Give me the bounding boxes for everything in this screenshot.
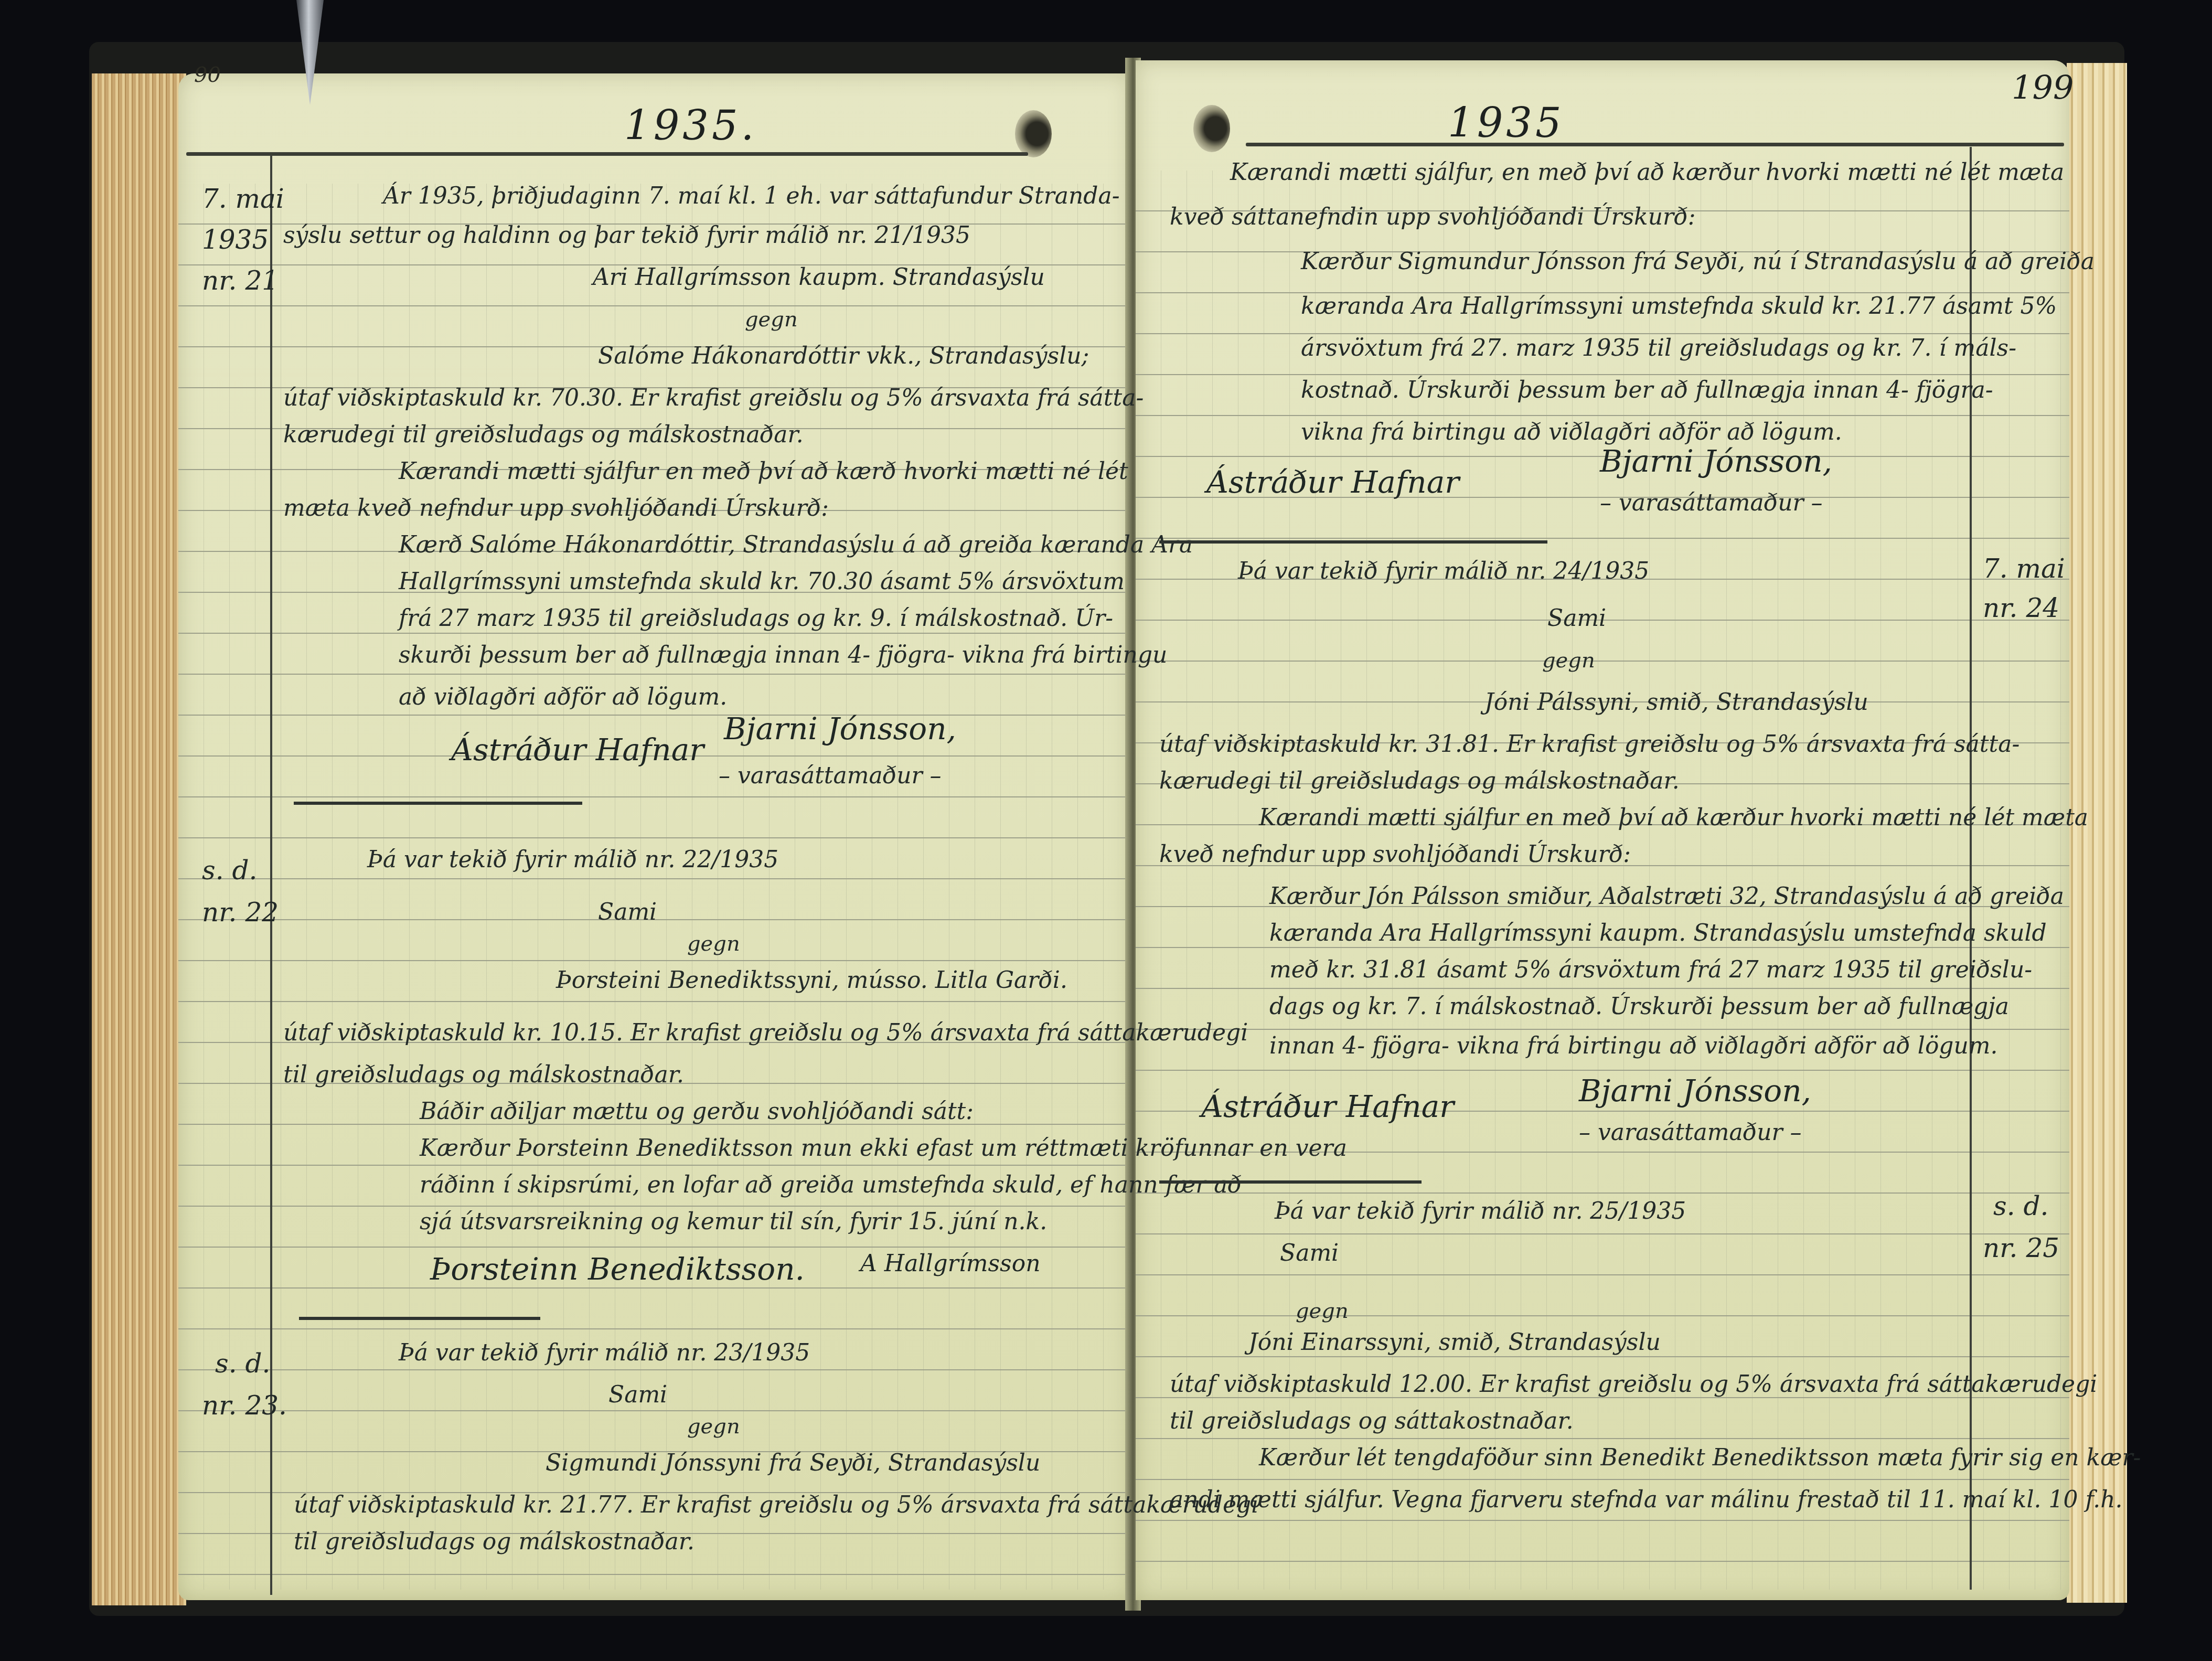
text-line: Báðir aðiljar mættu og gerðu svohljóðand… xyxy=(420,1091,974,1132)
text-line: Kærður lét tengdaföður sinn Benedikt Ben… xyxy=(1259,1438,2141,1478)
signature: Ástráður Hafnar xyxy=(1201,1086,1454,1127)
text-line: kveð sáttanefndin upp svohljóðandi Úrsku… xyxy=(1170,197,1695,238)
plaintiff: Ari Hallgrímsson kaupm. Strandasýslu xyxy=(593,257,1045,298)
separator-rule xyxy=(1159,1180,1422,1184)
text-line: að viðlagðri aðför að lögum. xyxy=(399,677,727,718)
gegn-label: gegn xyxy=(745,299,798,340)
text-line: kæranda Ara Hallgrímssyni kaupm. Stranda… xyxy=(1269,913,2047,954)
text-line: Kærður Þorsteinn Benediktsson mun ekki e… xyxy=(420,1128,1347,1169)
header-rule xyxy=(186,152,1028,156)
signature: Ástráður Hafnar xyxy=(1206,462,1459,503)
text-line: útaf viðskiptaskuld kr. 21.77. Er krafis… xyxy=(294,1485,1258,1526)
text-line: Ár 1935, þriðjudaginn 7. maí kl. 1 eh. v… xyxy=(383,176,1120,217)
text-line: frá 27 marz 1935 til greiðsludags og kr.… xyxy=(399,598,1113,639)
text-line: kveð nefndur upp svohljóðandi Úrskurð: xyxy=(1159,834,1631,875)
separator-rule xyxy=(299,1317,540,1320)
signature: Ástráður Hafnar xyxy=(451,729,704,770)
margin-year: 1935 xyxy=(202,219,269,260)
text-line: dags og kr. 7. í málskostnað. Úrskurði þ… xyxy=(1269,986,2009,1027)
margin-date: 7. mai xyxy=(202,178,284,219)
text-line: Kærð Salóme Hákonardóttir, Strandasýslu … xyxy=(399,525,1193,566)
text-line: kærudegi til greiðsludags og málskostnað… xyxy=(283,414,804,455)
defendant: Þorsteini Benediktssyni, músso. Litla Ga… xyxy=(556,960,1067,1001)
text-line: útaf viðskiptaskuld 12.00. Er krafist gr… xyxy=(1170,1364,2097,1405)
margin-case-number: nr. 22 xyxy=(202,892,279,933)
margin-date: s. d. xyxy=(1993,1186,2048,1227)
text-line: innan 4- fjögra- vikna frá birtingu að v… xyxy=(1269,1026,1998,1067)
plaintiff: Sami xyxy=(598,892,657,933)
text-line: sjá útsvarsreikning og kemur til sín, fy… xyxy=(420,1201,1047,1242)
margin-case-number: nr. 21 xyxy=(202,260,279,301)
signature: A Hallgrímsson xyxy=(860,1243,1041,1284)
text-line: útaf viðskiptaskuld kr. 31.81. Er krafis… xyxy=(1159,724,2019,765)
separator-rule xyxy=(294,802,582,805)
entry-heading: Þá var tekið fyrir málið nr. 24/1935 xyxy=(1238,551,1649,592)
punch-hole xyxy=(1015,110,1052,157)
defendant: Sigmundi Jónssyni frá Seyði, Strandasýsl… xyxy=(546,1443,1040,1484)
margin-date: s. d. xyxy=(215,1343,270,1384)
punch-hole xyxy=(1193,105,1230,152)
signature: Bjarni Jónsson, xyxy=(1600,441,1832,482)
entry-heading: Þá var tekið fyrir málið nr. 22/1935 xyxy=(367,839,778,880)
text-line: til greiðsludags og málskostnaðar. xyxy=(283,1055,684,1095)
text-line: skurði þessum ber að fullnægja innan 4- … xyxy=(399,635,1167,676)
text-line: ráðinn í skipsrúmi, en lofar að greiða u… xyxy=(420,1165,1242,1206)
margin-date: s. d. xyxy=(202,850,257,891)
text-line: Hallgrímssyni umstefnda skuld kr. 70.30 … xyxy=(399,561,1125,602)
text-line: kærudegi til greiðsludags og málskostnað… xyxy=(1159,761,1680,802)
text-line: Kærandi mætti sjálfur en með því að kærð… xyxy=(399,451,1128,492)
plaintiff: Sami xyxy=(1280,1233,1339,1274)
defendant: Jóni Einarssyni, smið, Strandasýslu xyxy=(1248,1322,1661,1363)
defendant: Salóme Hákonardóttir vkk., Strandasýslu; xyxy=(598,336,1089,377)
text-line: andi mætti sjálfur. Vegna fjarveru stefn… xyxy=(1170,1479,2123,1520)
text-line: útaf viðskiptaskuld kr. 10.15. Er krafis… xyxy=(283,1013,1248,1053)
entry-heading: Þá var tekið fyrir málið nr. 23/1935 xyxy=(399,1333,810,1373)
text-line: Kærandi mætti sjálfur, en með því að kær… xyxy=(1230,152,2064,193)
year-header-right: 1935 xyxy=(1448,100,1565,147)
signature-title: – varasáttamaður – xyxy=(1600,483,1823,524)
text-line: ársvöxtum frá 27. marz 1935 til greiðslu… xyxy=(1301,328,2016,369)
signature: Bjarni Jónsson, xyxy=(724,708,956,749)
text-line: útaf viðskiptaskuld kr. 70.30. Er krafis… xyxy=(283,378,1144,419)
text-line: sýslu settur og haldinn og þar tekið fyr… xyxy=(283,215,970,256)
plaintiff: Sami xyxy=(1547,598,1606,639)
margin-case-number: nr. 25 xyxy=(1983,1228,2059,1269)
margin-rule-left xyxy=(270,155,272,1595)
signature-title: – varasáttamaður – xyxy=(719,755,942,796)
header-rule xyxy=(1246,143,2064,146)
entry-heading: Þá var tekið fyrir málið nr. 25/1935 xyxy=(1275,1191,1686,1232)
text-line: kostnað. Úrskurði þessum ber að fullnægj… xyxy=(1301,370,1993,411)
signature-title: – varasáttamaður – xyxy=(1579,1112,1802,1153)
signature: Bjarni Jónsson, xyxy=(1579,1070,1811,1111)
text-line: með kr. 31.81 ásamt 5% ársvöxtum frá 27 … xyxy=(1269,950,2032,991)
year-header-left: 1935. xyxy=(624,102,757,150)
signature: Þorsteinn Benediktsson. xyxy=(430,1249,805,1290)
gegn-label: gegn xyxy=(687,923,740,964)
text-line: til greiðsludags og sáttakostnaðar. xyxy=(1170,1401,1574,1442)
gegn-label: gegn xyxy=(1542,640,1595,681)
plaintiff: Sami xyxy=(608,1375,667,1415)
defendant: Jóni Pálssyni, smið, Strandasýslu xyxy=(1484,682,1868,723)
text-line: Kærandi mætti sjálfur en með því að kærð… xyxy=(1259,797,2088,838)
text-line: Kærður Jón Pálsson smiður, Aðalstræti 32… xyxy=(1269,876,2064,917)
text-line: Kærður Sigmundur Jónsson frá Seyði, nú í… xyxy=(1301,241,2095,282)
text-line: mæta kveð nefndur upp svohljóðandi Úrsku… xyxy=(283,488,829,529)
separator-rule xyxy=(1159,540,1547,544)
gegn-label: gegn xyxy=(687,1406,740,1447)
text-line: kæranda Ara Hallgrímssyni umstefnda skul… xyxy=(1301,286,2057,327)
margin-case-number: nr. 23. xyxy=(202,1385,287,1426)
margin-case-number: nr. 24 xyxy=(1983,588,2059,629)
corner-mark: 90 xyxy=(194,63,221,87)
margin-date: 7. mai xyxy=(1983,548,2065,589)
page-edges-left xyxy=(92,73,186,1605)
page-number: 199 xyxy=(2012,68,2074,107)
text-line: til greiðsludags og málskostnaðar. xyxy=(294,1521,694,1562)
